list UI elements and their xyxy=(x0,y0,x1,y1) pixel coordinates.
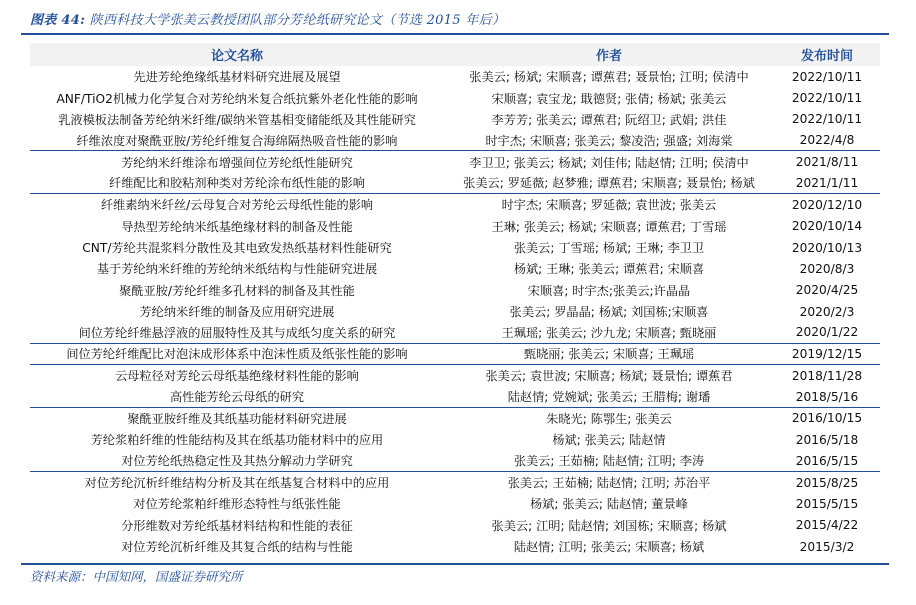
header-date: 发布时间 xyxy=(774,45,880,64)
paper-date: 2021/1/11 xyxy=(774,176,880,190)
paper-authors: 张美云; 王茹楠; 陆赵情; 江明; 苏治平 xyxy=(444,474,774,491)
paper-date: 2015/8/25 xyxy=(774,476,880,490)
paper-date: 2018/11/28 xyxy=(774,369,880,383)
caption-prefix: 图表 44: xyxy=(30,13,85,28)
paper-date: 2020/12/10 xyxy=(774,198,880,212)
paper-title: 纤维配比和胶粘剂种类对芳纶涂布纸性能的影响 xyxy=(30,174,444,191)
table-row: 芳纶纳米纤维的制备及应用研究进展张美云; 罗晶晶; 杨斌; 刘国栋;宋顺喜202… xyxy=(30,301,880,322)
table-row: 高性能芳纶云母纸的研究陆赵情; 党婉斌; 张美云; 王腊梅; 谢璠2018/5/… xyxy=(30,386,880,407)
paper-date: 2015/3/2 xyxy=(774,540,880,554)
paper-title: 纤维素纳米纤丝/云母复合对芳纶云母纸性能的影响 xyxy=(30,196,444,213)
paper-authors: 李芳芳; 张美云; 谭蕉君; 阮绍卫; 武娟; 洪佳 xyxy=(444,111,774,128)
table-row: 芳纶纳米纤维涂布增强间位芳纶纸性能研究李卫卫; 张美云; 杨斌; 刘佳伟; 陆赵… xyxy=(30,151,880,172)
paper-title: 聚酰亚胺/芳纶纤维多孔材料的制备及其性能 xyxy=(30,282,444,299)
paper-date: 2020/10/14 xyxy=(774,219,880,233)
table-row: 间位芳纶纤维配比对泡沫成形体系中泡沫性质及纸张性能的影响甄晓丽; 张美云; 宋顺… xyxy=(30,344,880,365)
paper-authors: 宋顺喜; 时宇杰;张美云;许晶晶 xyxy=(444,282,774,299)
table-row: 云母粒径对芳纶云母纸基绝缘材料性能的影响张美云; 袁世波; 宋顺喜; 杨斌; 聂… xyxy=(30,365,880,386)
header-authors: 作者 xyxy=(444,45,774,64)
paper-authors: 杨斌; 张美云; 陆赵情 xyxy=(444,431,774,448)
paper-date: 2018/5/16 xyxy=(774,390,880,404)
papers-table: 论文名称 作者 发布时间 先进芳纶绝缘纸基材料研究进展及展望张美云; 杨斌; 宋… xyxy=(30,43,880,557)
table-row: 对位芳纶纸热稳定性及其热分解动力学研究张美云; 王茹楠; 陆赵情; 江明; 李涛… xyxy=(30,450,880,471)
paper-authors: 杨斌; 张美云; 陆赵情; 董景峰 xyxy=(444,495,774,512)
paper-authors: 张美云; 江明; 陆赵情; 刘国栋; 宋顺喜; 杨斌 xyxy=(444,517,774,534)
paper-title: 纤维浓度对聚酰亚胺/芳纶纤维复合海绵隔热吸音性能的影响 xyxy=(30,132,444,149)
table-row: 先进芳纶绝缘纸基材料研究进展及展望张美云; 杨斌; 宋顺喜; 谭蕉君; 聂景怡;… xyxy=(30,66,880,87)
table-row: 纤维配比和胶粘剂种类对芳纶涂布纸性能的影响张美云; 罗延薇; 赵梦雅; 谭蕉君;… xyxy=(30,173,880,194)
paper-title: 聚酰亚胺纤维及其纸基功能材料研究进展 xyxy=(30,410,444,427)
paper-title: 高性能芳纶云母纸的研究 xyxy=(30,388,444,405)
table-row: 纤维素纳米纤丝/云母复合对芳纶云母纸性能的影响时宇杰; 宋顺喜; 罗延薇; 袁世… xyxy=(30,194,880,215)
paper-title: 乳液模板法制备芳纶纳米纤维/碳纳米管基相变储能纸及其性能研究 xyxy=(30,111,444,128)
table-row: 聚酰亚胺/芳纶纤维多孔材料的制备及其性能宋顺喜; 时宇杰;张美云;许晶晶2020… xyxy=(30,280,880,301)
paper-date: 2021/8/11 xyxy=(774,155,880,169)
paper-date: 2020/2/3 xyxy=(774,305,880,319)
paper-date: 2015/4/22 xyxy=(774,518,880,532)
paper-title: 导热型芳纶纳米纸基绝缘材料的制备及性能 xyxy=(30,218,444,235)
paper-date: 2022/10/11 xyxy=(774,112,880,126)
paper-title: 芳纶纳米纤维的制备及应用研究进展 xyxy=(30,303,444,320)
paper-authors: 宋顺喜; 袁宝龙; 戢德贤; 张倩; 杨斌; 张美云 xyxy=(444,90,774,107)
paper-title: 对位芳纶浆粕纤维形态特性与纸张性能 xyxy=(30,495,444,512)
table-row: 分形维数对芳纶纸基材料结构和性能的表征张美云; 江明; 陆赵情; 刘国栋; 宋顺… xyxy=(30,515,880,536)
paper-title: 分形维数对芳纶纸基材料结构和性能的表征 xyxy=(30,517,444,534)
table-row: 对位芳纶浆粕纤维形态特性与纸张性能杨斌; 张美云; 陆赵情; 董景峰2015/5… xyxy=(30,493,880,514)
paper-title: 间位芳纶纤维配比对泡沫成形体系中泡沫性质及纸张性能的影响 xyxy=(30,345,444,362)
table-row: 对位芳纶沉析纤维及其复合纸的结构与性能陆赵情; 江明; 张美云; 宋顺喜; 杨斌… xyxy=(30,536,880,557)
paper-authors: 杨斌; 王琳; 张美云; 谭蕉君; 宋顺喜 xyxy=(444,260,774,277)
paper-date: 2015/5/15 xyxy=(774,497,880,511)
paper-title: 对位芳纶沉析纤维及其复合纸的结构与性能 xyxy=(30,538,444,555)
paper-date: 2016/5/18 xyxy=(774,433,880,447)
paper-title: CNT/芳纶共混浆料分散性及其电致发热纸基材料性能研究 xyxy=(30,239,444,256)
paper-authors: 王琳; 张美云; 杨斌; 宋顺喜; 谭蕉君; 丁雪瑶 xyxy=(444,218,774,235)
caption-text: 陕西科技大学张美云教授团队部分芳纶纸研究论文（节选 2015 年后） xyxy=(90,13,506,28)
paper-date: 2020/4/25 xyxy=(774,283,880,297)
paper-authors: 李卫卫; 张美云; 杨斌; 刘佳伟; 陆赵情; 江明; 侯清中 xyxy=(444,154,774,171)
table-row: ANF/TiO2机械力化学复合对芳纶纳米复合纸抗紫外老化性能的影响宋顺喜; 袁宝… xyxy=(30,87,880,108)
paper-authors: 王珮瑶; 张美云; 沙九龙; 宋顺喜; 甄晓丽 xyxy=(444,324,774,341)
paper-title: 对位芳纶纸热稳定性及其热分解动力学研究 xyxy=(30,452,444,469)
paper-authors: 张美云; 罗延薇; 赵梦雅; 谭蕉君; 宋顺喜; 聂景怡; 杨斌 xyxy=(444,174,774,191)
header-title: 论文名称 xyxy=(30,45,444,64)
paper-title: 芳纶浆粕纤维的性能结构及其在纸基功能材料中的应用 xyxy=(30,431,444,448)
paper-date: 2022/10/11 xyxy=(774,91,880,105)
table-row: 间位芳纶纤维悬浮液的屈服特性及其与成纸匀度关系的研究王珮瑶; 张美云; 沙九龙;… xyxy=(30,322,880,343)
paper-authors: 甄晓丽; 张美云; 宋顺喜; 王珮瑶 xyxy=(444,345,774,362)
paper-date: 2019/12/15 xyxy=(774,347,880,361)
paper-title: 云母粒径对芳纶云母纸基绝缘材料性能的影响 xyxy=(30,367,444,384)
paper-date: 2020/8/3 xyxy=(774,262,880,276)
table-row: 导热型芳纶纳米纸基绝缘材料的制备及性能王琳; 张美云; 杨斌; 宋顺喜; 谭蕉君… xyxy=(30,216,880,237)
table-body: 先进芳纶绝缘纸基材料研究进展及展望张美云; 杨斌; 宋顺喜; 谭蕉君; 聂景怡;… xyxy=(30,66,880,557)
table-row: 基于芳纶纳米纤维的芳纶纳米纸结构与性能研究进展杨斌; 王琳; 张美云; 谭蕉君;… xyxy=(30,258,880,279)
paper-date: 2016/5/15 xyxy=(774,454,880,468)
paper-title: 对位芳纶沉析纤维结构分析及其在纸基复合材料中的应用 xyxy=(30,474,444,491)
paper-date: 2020/1/22 xyxy=(774,325,880,339)
bottom-rule xyxy=(21,563,889,565)
paper-date: 2022/4/8 xyxy=(774,133,880,147)
paper-authors: 陆赵情; 江明; 张美云; 宋顺喜; 杨斌 xyxy=(444,538,774,555)
paper-authors: 时宇杰; 宋顺喜; 罗延薇; 袁世波; 张美云 xyxy=(444,196,774,213)
paper-title: 间位芳纶纤维悬浮液的屈服特性及其与成纸匀度关系的研究 xyxy=(30,324,444,341)
table-row: 对位芳纶沉析纤维结构分析及其在纸基复合材料中的应用张美云; 王茹楠; 陆赵情; … xyxy=(30,472,880,493)
table-header: 论文名称 作者 发布时间 xyxy=(30,43,880,66)
paper-title: 先进芳纶绝缘纸基材料研究进展及展望 xyxy=(30,68,444,85)
paper-authors: 朱晓光; 陈鄂生; 张美云 xyxy=(444,410,774,427)
paper-authors: 时宇杰; 宋顺喜; 张美云; 黎凌浩; 强盛; 刘海棠 xyxy=(444,132,774,149)
paper-date: 2016/10/15 xyxy=(774,411,880,425)
figure-caption: 图表 44: 陕西科技大学张美云教授团队部分芳纶纸研究论文（节选 2015 年后… xyxy=(30,9,505,28)
table-row: 纤维浓度对聚酰亚胺/芳纶纤维复合海绵隔热吸音性能的影响时宇杰; 宋顺喜; 张美云… xyxy=(30,130,880,151)
top-rule xyxy=(21,33,889,35)
paper-authors: 张美云; 王茹楠; 陆赵情; 江明; 李涛 xyxy=(444,452,774,469)
paper-date: 2020/10/13 xyxy=(774,241,880,255)
paper-date: 2022/10/11 xyxy=(774,70,880,84)
paper-title: 芳纶纳米纤维涂布增强间位芳纶纸性能研究 xyxy=(30,154,444,171)
paper-authors: 张美云; 丁雪瑶; 杨斌; 王琳; 李卫卫 xyxy=(444,239,774,256)
paper-authors: 陆赵情; 党婉斌; 张美云; 王腊梅; 谢璠 xyxy=(444,388,774,405)
paper-authors: 张美云; 杨斌; 宋顺喜; 谭蕉君; 聂景怡; 江明; 侯清中 xyxy=(444,68,774,85)
table-row: 聚酰亚胺纤维及其纸基功能材料研究进展朱晓光; 陈鄂生; 张美云2016/10/1… xyxy=(30,408,880,429)
paper-title: 基于芳纶纳米纤维的芳纶纳米纸结构与性能研究进展 xyxy=(30,260,444,277)
table-row: 乳液模板法制备芳纶纳米纤维/碳纳米管基相变储能纸及其性能研究李芳芳; 张美云; … xyxy=(30,109,880,130)
paper-authors: 张美云; 罗晶晶; 杨斌; 刘国栋;宋顺喜 xyxy=(444,303,774,320)
paper-title: ANF/TiO2机械力化学复合对芳纶纳米复合纸抗紫外老化性能的影响 xyxy=(30,90,444,107)
table-row: CNT/芳纶共混浆料分散性及其电致发热纸基材料性能研究张美云; 丁雪瑶; 杨斌;… xyxy=(30,237,880,258)
table-row: 芳纶浆粕纤维的性能结构及其在纸基功能材料中的应用杨斌; 张美云; 陆赵情2016… xyxy=(30,429,880,450)
source-note: 资料来源：中国知网，国盛证券研究所 xyxy=(30,567,243,585)
paper-authors: 张美云; 袁世波; 宋顺喜; 杨斌; 聂景怡; 谭蕉君 xyxy=(444,367,774,384)
